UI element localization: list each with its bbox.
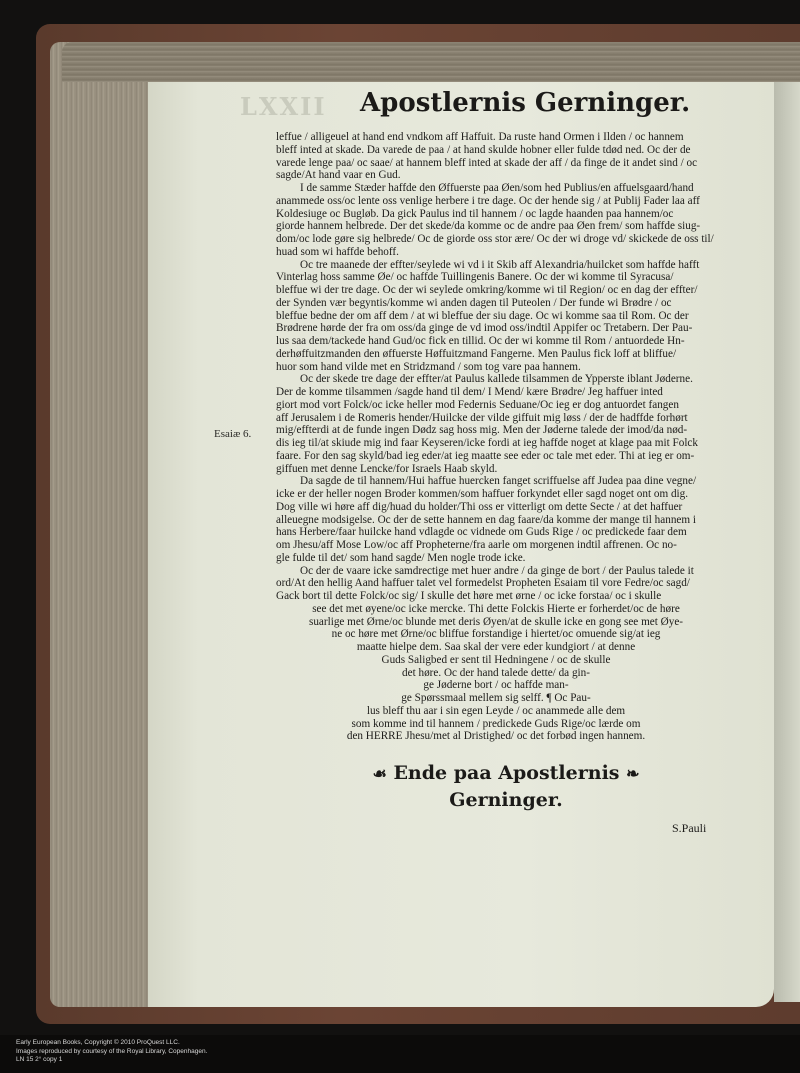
text-line: ge Spørssmaal mellem sig selff. ¶ Oc Pau… bbox=[276, 692, 716, 705]
text-line: bleff inted at skade. Da varede de paa /… bbox=[276, 144, 716, 157]
margin-note: Esaiæ 6. bbox=[214, 428, 251, 440]
text-line: giort mod vort Folck/oc icke heller mod … bbox=[276, 399, 716, 412]
text-line: bleffue wi der tre dage. Oc der wi seyle… bbox=[276, 284, 716, 297]
text-line: Koldesiuge oc Bugløb. Da gick Paulus ind… bbox=[276, 208, 716, 221]
text-line: leffue / alligeuel at hand end vndkom af… bbox=[276, 131, 716, 144]
text-line: anammede oss/oc lente oss venlige herber… bbox=[276, 195, 716, 208]
text-line: ge Jøderne bort / oc haffde man- bbox=[276, 679, 716, 692]
text-line: bleffue bedne der om aff dem / at wi ble… bbox=[276, 310, 716, 323]
right-flourish-icon: ❧ bbox=[626, 761, 639, 787]
text-line: Guds Saligbed er sent til Hedningene / o… bbox=[276, 654, 716, 667]
end-title-line1: Ende paa Apostlernis bbox=[393, 762, 619, 784]
footer-line-3: LN 15 2° copy 1 bbox=[16, 1056, 207, 1065]
left-flourish-icon: ☙ bbox=[372, 761, 386, 787]
body-text: leffue / alligeuel at hand end vndkom af… bbox=[276, 131, 716, 743]
text-line: som komme ind til hannem / predickede Gu… bbox=[276, 718, 716, 731]
text-line: sagde/At hand vaar en Gud. bbox=[276, 169, 716, 182]
page-edges-top bbox=[62, 42, 800, 82]
running-head: Apostlernis Gerninger. bbox=[360, 88, 690, 118]
text-line: hans Herbere/faar huilcke hand vdlagde o… bbox=[276, 526, 716, 539]
text-line: Der de komme tilsammen /sagde hand til d… bbox=[276, 386, 716, 399]
text-line: aff Jerusalem i de Romeris hender/Huilck… bbox=[276, 412, 716, 425]
text-line: maatte hielpe dem. Saa skal der vere ede… bbox=[276, 641, 716, 654]
text-line: Da sagde de til hannem/Hui haffue huerck… bbox=[276, 475, 716, 488]
facing-leaf bbox=[774, 82, 800, 1002]
text-line: det høre. Oc der hand talede dette/ da g… bbox=[276, 667, 716, 680]
text-line: huor som hand vilde met en Stridzmand / … bbox=[276, 361, 716, 374]
end-title: ☙ Ende paa Apostlernis ❧ Gerninger. bbox=[356, 760, 656, 813]
text-line: giffuen met denne Lencke/for Israels Haa… bbox=[276, 463, 716, 476]
footer-line-2: Images reproduced by courtesy of the Roy… bbox=[16, 1048, 207, 1057]
text-line: Oc der de vaare icke samdrectige met hue… bbox=[276, 565, 716, 578]
text-line: den HERRE Jhesu/met al Dristighed/ oc de… bbox=[276, 730, 716, 743]
catchword: S.Pauli bbox=[672, 821, 706, 836]
text-line: suarlige met Ørne/oc blunde met deris Øy… bbox=[276, 616, 716, 629]
text-line: derhøffuitzmanden den øffuerste Høffuitz… bbox=[276, 348, 716, 361]
text-line: Brødrene hørde der fra om oss/da ginge d… bbox=[276, 322, 716, 335]
copyright-footer: Early European Books, Copyright © 2010 P… bbox=[16, 1039, 207, 1065]
text-line: Dog ville wi høre aff dig/huad du holder… bbox=[276, 501, 716, 514]
text-line: om Jhesu/aff Mose Low/oc aff Propheterne… bbox=[276, 539, 716, 552]
text-line: dis ieg til/at skiude mig ind faar Keyse… bbox=[276, 437, 716, 450]
text-line: Oc tre maanede der effter/seylede wi vd … bbox=[276, 259, 716, 272]
page-edges-fore bbox=[50, 42, 160, 1007]
text-line: mig/effterdi at de funde ingen Dødz sag … bbox=[276, 424, 716, 437]
text-line: giorde hannem helbrede. Der det skede/da… bbox=[276, 220, 716, 233]
footer-line-1: Early European Books, Copyright © 2010 P… bbox=[16, 1039, 207, 1048]
text-line: Gack bort til dette Folck/oc sig/ I skul… bbox=[276, 590, 716, 603]
text-line: ord/At den hellig Aand haffuer talet vel… bbox=[276, 577, 716, 590]
text-line: der Synden vær begyntis/komme wi anden d… bbox=[276, 297, 716, 310]
text-line: lus bleff thu aar i sin egen Leyde / oc … bbox=[276, 705, 716, 718]
text-line: ne oc høre met Ørne/oc bliffue forstandi… bbox=[276, 628, 716, 641]
text-line: see det met øyene/oc icke mercke. Thi de… bbox=[276, 603, 716, 616]
text-line: Vinterlag hoss samme Øe/ oc haffde Tuill… bbox=[276, 271, 716, 284]
text-line: lus saa dem/tackede hand Gud/oc fick en … bbox=[276, 335, 716, 348]
end-title-line2: Gerninger. bbox=[449, 789, 562, 811]
text-line: varede lenge paa/ oc saae/ at hannem ble… bbox=[276, 157, 716, 170]
text-line: huad som wi haffde behoff. bbox=[276, 246, 716, 259]
text-line: Oc der skede tre dage der effter/at Paul… bbox=[276, 373, 716, 386]
text-line: dom/oc lode gøre sig helbrede/ Oc de gio… bbox=[276, 233, 716, 246]
text-line: icke er der heller nogen Broder kommen/s… bbox=[276, 488, 716, 501]
text-line: I de samme Stæder haffde den Øffuerste p… bbox=[276, 182, 716, 195]
folio-number-bleed: LXXII bbox=[240, 92, 327, 121]
text-line: faare. For den sag skyld/bad ieg eder/at… bbox=[276, 450, 716, 463]
text-line: gle fulde til det/ som hand sagde/ Men n… bbox=[276, 552, 716, 565]
text-line: alleuegne modsigelse. Oc der de sette ha… bbox=[276, 514, 716, 527]
